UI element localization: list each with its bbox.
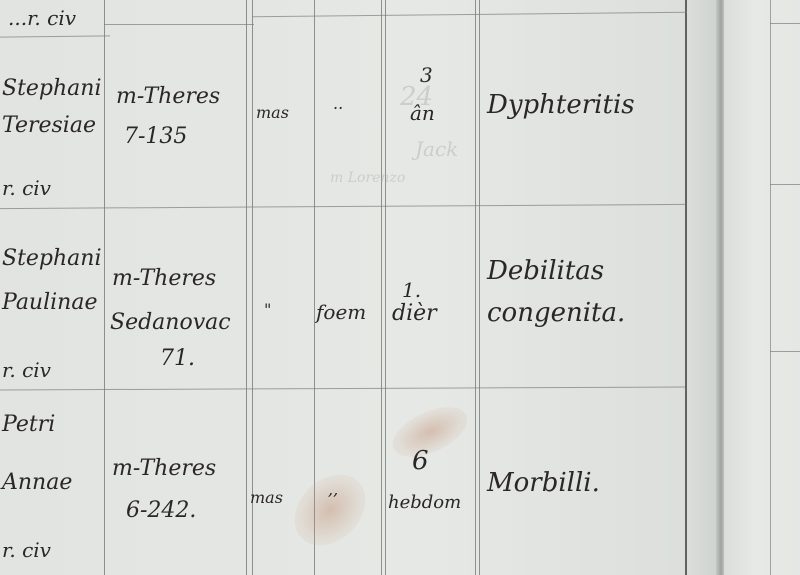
row-rule	[0, 387, 685, 391]
column-rule	[770, 0, 771, 575]
row-rule	[0, 35, 110, 37]
name-line: Annae	[2, 472, 72, 494]
ink-stain	[281, 461, 380, 560]
row-rule	[252, 12, 687, 18]
age-unit: ân	[410, 103, 435, 123]
age-value: 6	[412, 448, 429, 474]
name-line: r. civ	[2, 178, 51, 198]
residence-line: m-Theres	[116, 86, 220, 108]
age-unit: hebdom	[388, 494, 461, 512]
column-rule	[381, 0, 382, 575]
ink-stain	[385, 397, 474, 467]
sex-value: mas	[250, 490, 283, 506]
age-value: 1.	[402, 280, 421, 300]
name-line: Stephani	[2, 248, 102, 270]
age-value: 3	[420, 65, 433, 85]
age-unit: dièr	[392, 303, 437, 325]
residence-line: m-Theres	[112, 268, 216, 290]
cause-of-death: congenita.	[487, 300, 625, 326]
row-rule	[0, 204, 685, 209]
ledger-page: 24 Jack m Lorenzo ...r. civ Stephani Ter…	[0, 0, 718, 575]
column-rule	[104, 0, 105, 575]
name-suffix: ...r. civ	[8, 8, 76, 28]
name-line: Petri	[2, 414, 55, 436]
name-line: Stephani	[2, 78, 102, 100]
name-line: r. civ	[2, 360, 51, 380]
sex-value: foem	[316, 302, 366, 322]
cause-of-death: Dyphteritis	[487, 92, 635, 118]
sex-value: mas	[256, 105, 289, 121]
name-line: Paulinae	[2, 292, 97, 314]
bleed-through-text: Jack	[415, 137, 458, 161]
name-line: r. civ	[2, 540, 51, 560]
ditto-mark: ,,	[328, 482, 338, 498]
residence-line: m-Theres	[112, 458, 216, 480]
row-rule	[104, 24, 254, 25]
residence-line: 7-135	[124, 126, 187, 148]
column-rule	[479, 0, 480, 575]
next-page-edge	[724, 0, 800, 575]
cause-of-death: Morbilli.	[487, 470, 600, 496]
page-border-rule	[685, 0, 687, 575]
row-rule	[770, 184, 800, 185]
ditto-mark: ..	[333, 96, 343, 112]
residence-line: Sedanovac	[110, 312, 231, 334]
column-rule	[385, 0, 386, 575]
row-rule	[770, 23, 800, 24]
bleed-through-text: m Lorenzo	[330, 170, 405, 186]
residence-line: 6-242.	[126, 500, 196, 522]
name-line: Teresiae	[2, 115, 96, 137]
ditto-mark: "	[264, 302, 271, 318]
column-rule	[246, 0, 247, 575]
row-rule	[770, 351, 800, 352]
residence-line: 71.	[160, 348, 195, 370]
cause-of-death: Debilitas	[487, 258, 604, 284]
column-rule	[475, 0, 476, 575]
